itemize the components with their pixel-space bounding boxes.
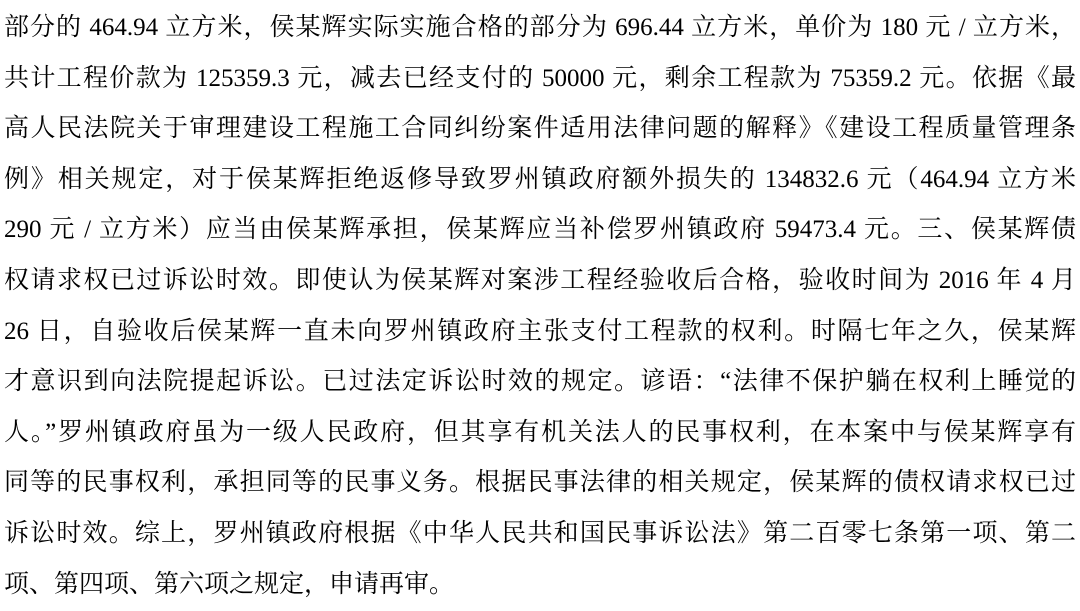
text-line-11: 诉讼时效。综上，罗州镇政府根据《中华人民共和国民事诉讼法》第二百零七条第一项、第…	[4, 509, 1076, 560]
document-page: 部分的 464.94 立方米，侯某辉实际实施合格的部分为 696.44 立方米，…	[0, 0, 1080, 611]
text-line-8: 才意识到向法院提起诉讼。已过法定诉讼时效的规定。谚语：“法律不保护躺在权利上睡觉…	[4, 357, 1076, 408]
text-line-10: 同等的民事权利，承担同等的民事义务。根据民事法律的相关规定，侯某辉的债权请求权已…	[4, 458, 1076, 509]
text-line-9: 人。”罗州镇政府虽为一级人民政府，但其享有机关法人的民事权利，在本案中与侯某辉享…	[4, 408, 1076, 459]
text-line-12: 项、第四项、第六项之规定，申请再审。	[4, 560, 1076, 611]
text-line-6: 权请求权已过诉讼时效。即使认为侯某辉对案涉工程经验收后合格，验收时间为 2016…	[4, 256, 1076, 307]
text-line-7: 26 日，自验收后侯某辉一直未向罗州镇政府主张支付工程款的权利。时隔七年之久，侯…	[4, 307, 1076, 358]
text-line-2: 共计工程价款为 125359.3 元，减去已经支付的 50000 元，剩余工程款…	[4, 54, 1076, 105]
text-line-5: 290 元 / 立方米）应当由侯某辉承担，侯某辉应当补偿罗州镇政府 59473.…	[4, 205, 1076, 256]
text-line-4: 例》相关规定，对于侯某辉拒绝返修导致罗州镇政府额外损失的 134832.6 元（…	[4, 155, 1076, 206]
text-line-3: 高人民法院关于审理建设工程施工合同纠纷案件适用法律问题的解释》《建设工程质量管理…	[4, 104, 1076, 155]
legal-text-paragraph: 部分的 464.94 立方米，侯某辉实际实施合格的部分为 696.44 立方米，…	[4, 3, 1076, 610]
text-line-1: 部分的 464.94 立方米，侯某辉实际实施合格的部分为 696.44 立方米，…	[4, 3, 1076, 54]
